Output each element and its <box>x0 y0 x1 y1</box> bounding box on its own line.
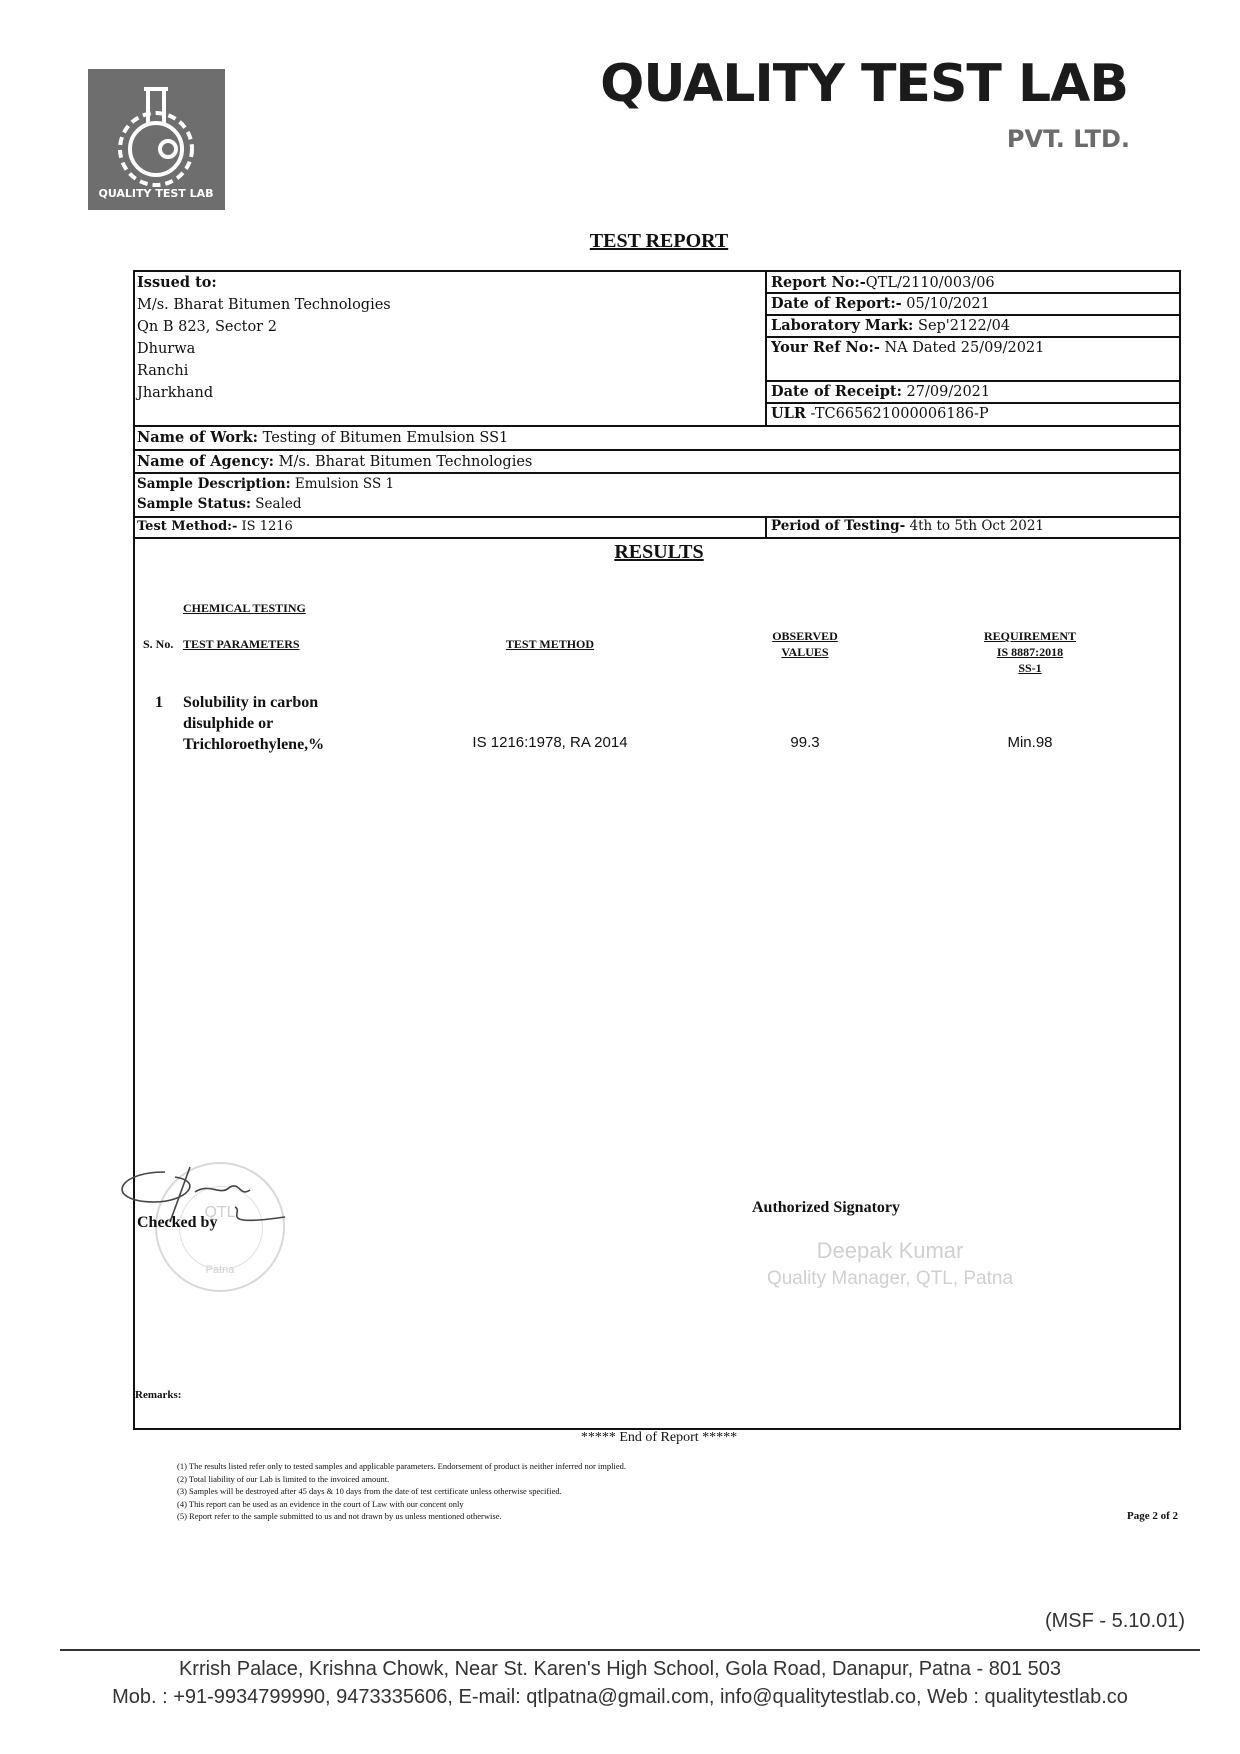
end-of-report: ***** End of Report ***** <box>0 1430 1240 1446</box>
column-sno: S. No. <box>143 636 173 652</box>
ulr-value: -TC665621000006186-P <box>806 406 989 422</box>
column-requirement: REQUIREMENT IS 8887:2018 SS-1 <box>955 628 1105 676</box>
date-of-receipt-value: 27/09/2021 <box>902 384 990 400</box>
row-sno: 1 <box>155 692 163 713</box>
note-item: (2) Total liability of our Lab is limite… <box>177 1473 626 1486</box>
remarks-label: Remarks: <box>135 1384 181 1406</box>
sample-description: Sample Description: Emulsion SS 1 <box>137 474 394 494</box>
laboratory-mark: Laboratory Mark: Sep'2122/04 <box>771 315 1010 337</box>
flask-gear-icon: QUALITY TEST LAB <box>88 69 225 210</box>
row-observed: 99.3 <box>740 734 870 751</box>
note-item: (4) This report can be used as an eviden… <box>177 1498 626 1511</box>
laboratory-mark-label: Laboratory Mark: <box>771 317 913 334</box>
column-observed-values: OBSERVED VALUES <box>740 628 870 660</box>
name-of-work-label: Name of Work: <box>137 429 258 446</box>
column-requirement-line: SS-1 <box>955 660 1105 676</box>
svg-text:QUALITY TEST LAB: QUALITY TEST LAB <box>98 187 213 200</box>
column-observed-line: VALUES <box>740 644 870 660</box>
name-of-agency-label: Name of Agency: <box>137 453 274 470</box>
note-item: (1) The results listed refer only to tes… <box>177 1460 626 1473</box>
test-method-label: Test Method:- <box>137 519 237 534</box>
row-parameter-line: Trichloroethylene,% <box>183 734 324 755</box>
sample-status-label: Sample Status: <box>137 496 251 512</box>
company-logo: QUALITY TEST LAB <box>88 69 225 210</box>
ulr-label: ULR <box>771 405 806 422</box>
row-method: IS 1216:1978, RA 2014 <box>450 734 650 751</box>
column-observed-line: OBSERVED <box>740 628 870 644</box>
name-of-work-value: Testing of Bitumen Emulsion SS1 <box>258 430 508 446</box>
authorized-signatory-label: Authorized Signatory <box>752 1199 900 1217</box>
date-of-receipt: Date of Receipt: 27/09/2021 <box>771 381 990 403</box>
document-title: TEST REPORT <box>0 230 1240 253</box>
signatory-title: Quality Manager, QTL, Patna <box>725 1268 1055 1290</box>
issued-to-line: Dhurwa <box>137 338 195 360</box>
ulr: ULR -TC665621000006186-P <box>771 403 989 425</box>
period-of-testing-value: 4th to 5th Oct 2021 <box>905 518 1044 534</box>
footer-contact: Mob. : +91-9934799990, 9473335606, E-mai… <box>0 1686 1240 1709</box>
results-title: RESULTS <box>135 541 1183 564</box>
form-code: (MSF - 5.10.01) <box>1045 1610 1185 1633</box>
footer-divider <box>60 1649 1200 1651</box>
note-item: (3) Samples will be destroyed after 45 d… <box>177 1485 626 1498</box>
disclaimer-notes: (1) The results listed refer only to tes… <box>177 1460 626 1523</box>
period-of-testing: Period of Testing- 4th to 5th Oct 2021 <box>771 517 1044 536</box>
test-method-value: IS 1216 <box>237 519 292 534</box>
name-of-agency-value: M/s. Bharat Bitumen Technologies <box>274 454 532 470</box>
issued-to-line: Ranchi <box>137 360 188 382</box>
report-no-value: QTL/2110/003/06 <box>866 275 995 291</box>
company-suffix: PVT. LTD. <box>1007 125 1130 153</box>
company-name: QUALITY TEST LAB <box>600 54 1128 114</box>
laboratory-mark-value: Sep'2122/04 <box>913 318 1010 334</box>
date-of-report-value: 05/10/2021 <box>902 296 990 312</box>
row-parameter-line: Solubility in carbon <box>183 692 324 713</box>
date-of-report-label: Date of Report:- <box>771 295 902 312</box>
signatory-name: Deepak Kumar <box>725 1238 1055 1264</box>
checked-by-label: Checked by <box>137 1214 217 1232</box>
divider <box>135 537 1181 539</box>
row-parameter: Solubility in carbon disulphide or Trich… <box>183 692 324 755</box>
period-of-testing-label: Period of Testing- <box>771 518 905 534</box>
divider <box>765 516 767 537</box>
issued-to-line: M/s. Bharat Bitumen Technologies <box>137 294 391 316</box>
column-requirement-line: REQUIREMENT <box>955 628 1105 644</box>
your-ref-value: NA Dated 25/09/2021 <box>880 340 1045 356</box>
issued-to-label: Issued to: <box>137 272 217 294</box>
sample-status: Sample Status: Sealed <box>137 494 302 514</box>
test-method: Test Method:- IS 1216 <box>137 517 293 536</box>
date-of-receipt-label: Date of Receipt: <box>771 383 902 400</box>
name-of-agency: Name of Agency: M/s. Bharat Bitumen Tech… <box>137 451 532 473</box>
note-item: (5) Report refer to the sample submitted… <box>177 1510 626 1523</box>
date-of-report: Date of Report:- 05/10/2021 <box>771 293 990 315</box>
report-no: Report No:-QTL/2110/003/06 <box>771 272 995 294</box>
sample-description-label: Sample Description: <box>137 476 291 492</box>
name-of-work: Name of Work: Testing of Bitumen Emulsio… <box>137 427 508 449</box>
column-test-parameters: TEST PARAMETERS <box>183 636 300 652</box>
report-frame: Issued to: M/s. Bharat Bitumen Technolog… <box>133 270 1181 1430</box>
your-ref: Your Ref No:- NA Dated 25/09/2021 <box>771 337 1044 359</box>
section-heading: CHEMICAL TESTING <box>183 600 306 616</box>
your-ref-label: Your Ref No:- <box>771 339 880 356</box>
issued-to-line: Qn B 823, Sector 2 <box>137 316 277 338</box>
row-requirement: Min.98 <box>955 734 1105 751</box>
stamp-city: Patna <box>157 1264 283 1276</box>
column-test-method: TEST METHOD <box>450 636 650 652</box>
page-number: Page 2 of 2 <box>1127 1510 1178 1522</box>
column-requirement-line: IS 8887:2018 <box>955 644 1105 660</box>
report-no-label: Report No:- <box>771 274 866 291</box>
row-parameter-line: disulphide or <box>183 713 324 734</box>
sample-description-value: Emulsion SS 1 <box>291 476 394 492</box>
sample-status-value: Sealed <box>251 496 302 512</box>
footer-address: Krrish Palace, Krishna Chowk, Near St. K… <box>0 1658 1240 1681</box>
issued-to-line: Jharkhand <box>137 382 213 404</box>
